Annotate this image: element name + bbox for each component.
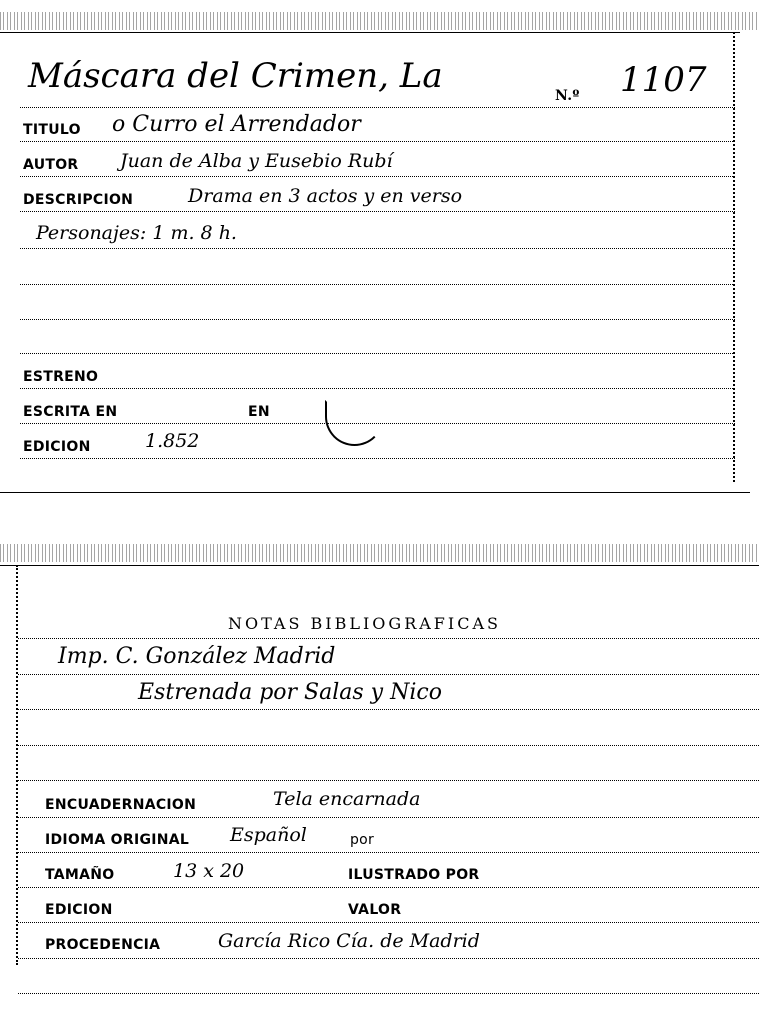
punch-hole-mark [325,400,384,446]
note-line-2: Estrenada por Salas y Nico [138,680,442,705]
card-title: Máscara del Crimen, La [28,56,443,96]
procedencia-value: García Rico Cía. de Madrid [218,930,480,952]
rule [18,922,759,923]
rule [18,852,759,853]
tamano-label: TAMAÑO [45,867,114,883]
descripcion-label: DESCRIPCION [23,192,133,208]
encuadernacion-label: ENCUADERNACION [45,797,196,813]
rule [18,638,759,639]
autor-label: AUTOR [23,157,79,173]
rule [20,458,735,459]
rule [20,284,735,285]
autor-value: Juan de Alba y Eusebio Rubí [120,150,393,172]
titulo-value: o Curro el Arrendador [112,112,361,137]
idioma-label: IDIOMA ORIGINAL [45,832,189,848]
number-label: N.º [555,88,580,104]
en-label: EN [248,404,270,420]
tamano-value: 13 x 20 [173,860,244,882]
edicion-value: 1.852 [145,430,199,452]
rule [18,745,759,746]
edicion-label: EDICION [23,439,91,455]
rule [20,141,735,142]
rule [18,780,759,781]
notes-heading: NOTAS BIBLIOGRAFICAS [228,614,501,633]
rule [20,388,735,389]
rule [20,211,735,212]
edicion-label-bottom: EDICION [45,902,113,918]
rule [20,107,735,108]
por-label: por [350,832,374,848]
valor-label: VALOR [348,902,401,918]
escrita-en-label: ESCRITA EN [23,404,117,420]
card-top-bottom-edge [0,492,750,493]
titulo-label: TITULO [23,122,81,138]
estreno-label: ESTRENO [23,369,98,385]
rule [18,674,759,675]
rule [20,319,735,320]
ilustrado-label: ILUSTRADO POR [348,867,480,883]
rule [20,176,735,177]
card-bottom: NOTAS BIBLIOGRAFICAS Imp. C. González Ma… [18,540,759,1028]
idioma-value: Español [230,824,307,846]
rule [18,709,759,710]
descripcion-value: Drama en 3 actos y en verso [188,185,462,207]
note-line-1: Imp. C. González Madrid [58,644,335,669]
card-top: Máscara del Crimen, La N.º 1107 TITULO o… [20,0,735,500]
procedencia-label: PROCEDENCIA [45,937,160,953]
rule [18,887,759,888]
rule [20,353,735,354]
personajes-value: Personajes: 1 m. 8 h. [36,222,237,244]
rule [18,958,759,959]
rule [20,248,735,249]
rule [18,993,759,994]
encuadernacion-value: Tela encarnada [273,788,420,810]
number-value: 1107 [620,60,707,100]
rule [18,817,759,818]
